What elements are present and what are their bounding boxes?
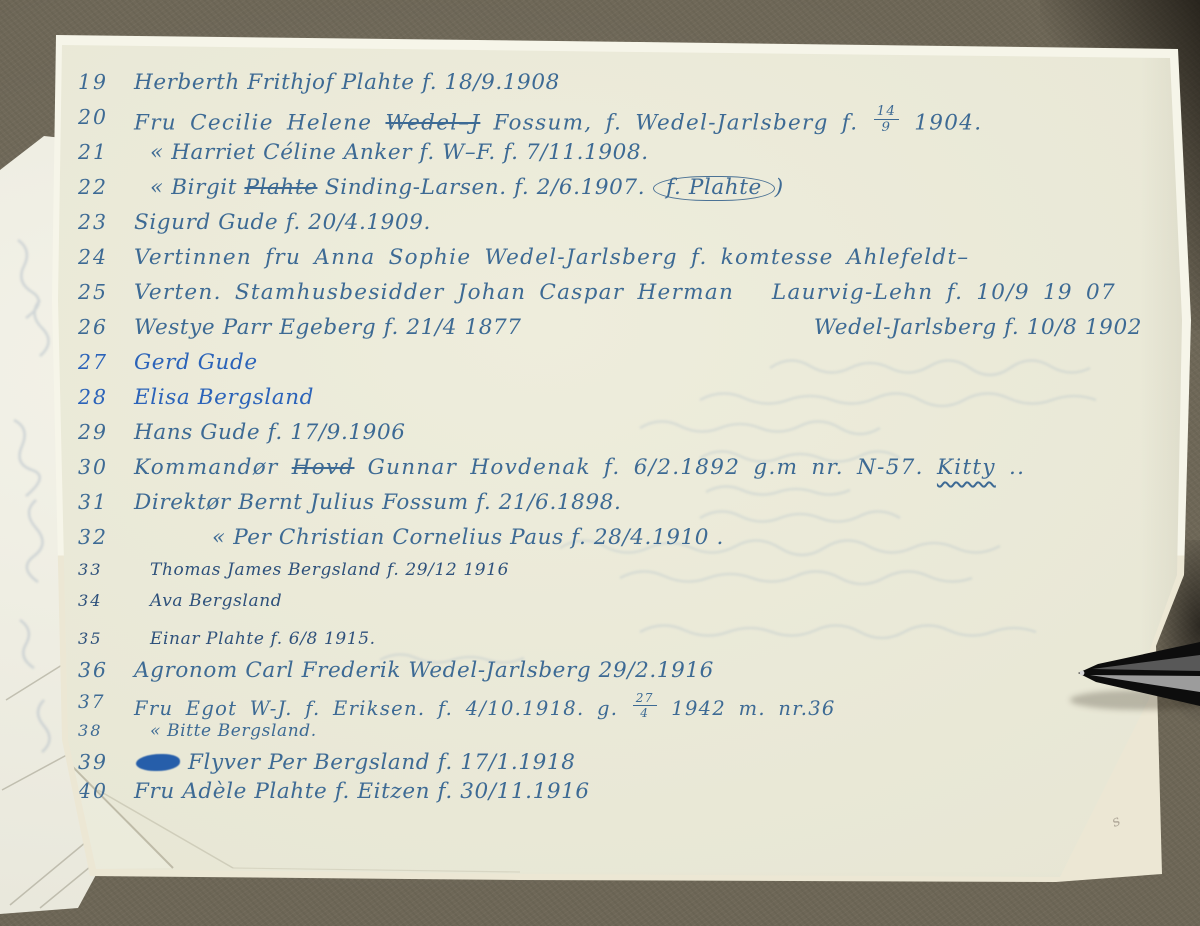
entry-number: 22 <box>78 175 134 199</box>
entry-segment: Hans Gude f. 17/9.1906 <box>134 420 406 445</box>
entry-text: Flyver Per Bergsland f. 17/1.1918 <box>134 750 575 775</box>
entry-number: 39 <box>78 750 134 774</box>
entry-text: Einar Plahte f. 6/8 1915. <box>134 629 376 649</box>
date-fraction: 274 <box>633 692 657 719</box>
entry-segment: 1904. <box>901 110 982 135</box>
entry-number: 28 <box>78 385 134 409</box>
entry-continuation: Laurvig-Lehn f. 10/9 19 07 <box>772 280 1150 305</box>
register-entry: 40Fru Adèle Plahte f. Eitzen f. 30/11.19… <box>78 779 1150 808</box>
entry-segment: Fru Egot W-J. f. Eriksen. f. 4/10.1918. … <box>134 697 631 720</box>
entry-text: Vertinnen fru Anna Sophie Wedel-Jarlsber… <box>134 245 969 270</box>
entry-segment: Agronom Carl Frederik Wedel-Jarlsberg 29… <box>134 658 714 683</box>
entry-text: Westye Parr Egeberg f. 21/4 1877 <box>134 315 522 340</box>
entry-number: 37 <box>78 692 134 713</box>
entry-continuation: Wedel-Jarlsberg f. 10/8 1902 <box>814 315 1150 340</box>
register-entry: 21« Harriet Céline Anker f. W–F. f. 7/11… <box>78 140 1150 175</box>
register-entry: 23Sigurd Gude f. 20/4.1909. <box>78 210 1150 245</box>
register-entry: 22« Birgit Plahte Sinding-Larsen. f. 2/6… <box>78 175 1150 210</box>
entry-number: 30 <box>78 455 134 479</box>
register-entry: 28Elisa Bergsland <box>78 385 1150 420</box>
entries: 19Herberth Frithjof Plahte f. 18/9.19082… <box>78 70 1150 808</box>
entry-number: 21 <box>78 140 134 164</box>
register-entry: 33Thomas James Bergsland f. 29/12 1916 <box>78 560 1150 591</box>
entry-number: 34 <box>78 591 134 610</box>
entry-segment: Flyver Per Bergsland f. 17/1.1918 <box>188 750 575 775</box>
entry-number: 35 <box>78 629 134 648</box>
register-entry: 24Vertinnen fru Anna Sophie Wedel-Jarlsb… <box>78 245 1150 280</box>
entry-text: Herberth Frithjof Plahte f. 18/9.1908 <box>134 70 560 95</box>
entry-number: 19 <box>78 70 134 94</box>
entry-number: 20 <box>78 105 134 129</box>
entry-text: Verten. Stamhusbesidder Johan Caspar Her… <box>134 280 734 305</box>
entry-segment: Einar Plahte f. 6/8 1915. <box>150 629 376 649</box>
ink-blot <box>136 754 180 771</box>
entry-text: Ava Bergsland <box>134 591 282 611</box>
register-entry: 27Gerd Gude <box>78 350 1150 385</box>
entry-number: 23 <box>78 210 134 234</box>
entry-segment: Fru Cecilie Helene <box>134 110 385 135</box>
entry-segment: « Per Christian Cornelius Paus f. 28/4.1… <box>212 525 724 550</box>
entry-segment: Direktør Bernt Julius Fossum f. 21/6.189… <box>134 490 621 515</box>
entry-segment: Fossum, f. Wedel-Jarlsberg f. <box>480 110 871 135</box>
register-entry: 38« Bitte Bergsland. <box>78 721 1150 750</box>
register-entry: 37Fru Egot W-J. f. Eriksen. f. 4/10.1918… <box>78 692 1150 721</box>
entry-text: « Per Christian Cornelius Paus f. 28/4.1… <box>134 525 724 550</box>
entry-number: 27 <box>78 350 134 374</box>
entry-number: 32 <box>78 525 134 549</box>
register-entry: 19Herberth Frithjof Plahte f. 18/9.1908 <box>78 70 1150 105</box>
entry-segment-strike: Plahte <box>244 175 317 200</box>
entry-text: Sigurd Gude f. 20/4.1909. <box>134 210 431 235</box>
entry-text: Kommandør Hovd Gunnar Hovdenak f. 6/2.18… <box>134 455 1025 480</box>
entry-text: Gerd Gude <box>134 350 258 375</box>
register-entry: 34Ava Bergsland <box>78 591 1150 620</box>
entry-text: Fru Adèle Plahte f. Eitzen f. 30/11.1916 <box>134 779 590 804</box>
entry-segment: Verten. Stamhusbesidder Johan Caspar Her… <box>134 280 734 305</box>
entry-text: Thomas James Bergsland f. 29/12 1916 <box>134 560 509 580</box>
entry-text: Fru Egot W-J. f. Eriksen. f. 4/10.1918. … <box>134 692 836 720</box>
register-entry: 32« Per Christian Cornelius Paus f. 28/4… <box>78 525 1150 560</box>
entry-segment: Herberth Frithjof Plahte f. 18/9.1908 <box>134 70 560 95</box>
entry-text: Elisa Bergsland <box>134 385 314 410</box>
entry-segment-strike: Hovd <box>292 455 355 480</box>
photographed-notebook-page: s 19Herber <box>0 0 1200 926</box>
entry-segment: Sinding-Larsen. f. 2/6.1907. <box>317 175 645 200</box>
entry-segment: « Harriet Céline Anker f. W–F. f. 7/11.1… <box>150 140 649 165</box>
entry-segment: Ava Bergsland <box>150 591 282 611</box>
entry-segment: 1942 m. nr.36 <box>659 697 836 720</box>
entry-segment: Sigurd Gude f. 20/4.1909. <box>134 210 431 235</box>
entry-text: « Bitte Bergsland. <box>134 721 317 741</box>
entry-segment-flourish: Kitty <box>937 455 996 480</box>
register-entry: 35Einar Plahte f. 6/8 1915. <box>78 629 1150 658</box>
entry-segment: Westye Parr Egeberg f. 21/4 1877 <box>134 315 522 340</box>
register-entry: 31Direktør Bernt Julius Fossum f. 21/6.1… <box>78 490 1150 525</box>
register-entry: 25Verten. Stamhusbesidder Johan Caspar H… <box>78 280 1150 315</box>
entry-number: 26 <box>78 315 134 339</box>
entry-text: Agronom Carl Frederik Wedel-Jarlsberg 29… <box>134 658 714 683</box>
entry-segment: « Birgit <box>150 175 244 200</box>
entry-segment: .. <box>996 455 1025 480</box>
register-entry: 30Kommandør Hovd Gunnar Hovdenak f. 6/2.… <box>78 455 1150 490</box>
register-entry: 36Agronom Carl Frederik Wedel-Jarlsberg … <box>78 658 1150 692</box>
entry-number: 31 <box>78 490 134 514</box>
entry-number: 38 <box>78 721 134 740</box>
entry-number: 40 <box>78 779 134 803</box>
register-entry: 39Flyver Per Bergsland f. 17/1.1918 <box>78 750 1150 779</box>
entry-segment-circled: f. Plahte <box>653 176 775 201</box>
entry-number: 29 <box>78 420 134 444</box>
entry-text: Direktør Bernt Julius Fossum f. 21/6.189… <box>134 490 621 515</box>
entry-number: 36 <box>78 658 134 682</box>
entry-segment: Kommandør <box>134 455 292 480</box>
entry-number: 24 <box>78 245 134 269</box>
entry-number: 25 <box>78 280 134 304</box>
pencil-mark: s <box>1109 811 1123 831</box>
entry-number: 33 <box>78 560 134 579</box>
entry-segment-strike: Wedel–J <box>385 110 480 135</box>
register-entry: 26Westye Parr Egeberg f. 21/4 1877Wedel-… <box>78 315 1150 350</box>
entry-segment: Fru Adèle Plahte f. Eitzen f. 30/11.1916 <box>134 779 590 804</box>
entry-text: « Birgit Plahte Sinding-Larsen. f. 2/6.1… <box>134 175 784 201</box>
entry-segment: « Bitte Bergsland. <box>150 721 317 741</box>
entry-segment: Gerd Gude <box>134 350 258 375</box>
entry-text: Hans Gude f. 17/9.1906 <box>134 420 406 445</box>
entry-text: Fru Cecilie Helene Wedel–J Fossum, f. We… <box>134 105 982 135</box>
register-entry: 29Hans Gude f. 17/9.1906 <box>78 420 1150 455</box>
entry-segment: Elisa Bergsland <box>134 385 314 410</box>
register-page: 19Herberth Frithjof Plahte f. 18/9.19082… <box>0 0 1200 926</box>
entry-segment: ) <box>775 175 784 200</box>
register-entry: 20Fru Cecilie Helene Wedel–J Fossum, f. … <box>78 105 1150 140</box>
date-fraction: 149 <box>874 105 900 135</box>
entry-segment: Thomas James Bergsland f. 29/12 1916 <box>150 560 509 580</box>
entry-segment: Gunnar Hovdenak f. 6/2.1892 g.m nr. N-57… <box>355 455 937 480</box>
entry-text: « Harriet Céline Anker f. W–F. f. 7/11.1… <box>134 140 649 165</box>
entry-segment: Vertinnen fru Anna Sophie Wedel-Jarlsber… <box>134 245 969 270</box>
